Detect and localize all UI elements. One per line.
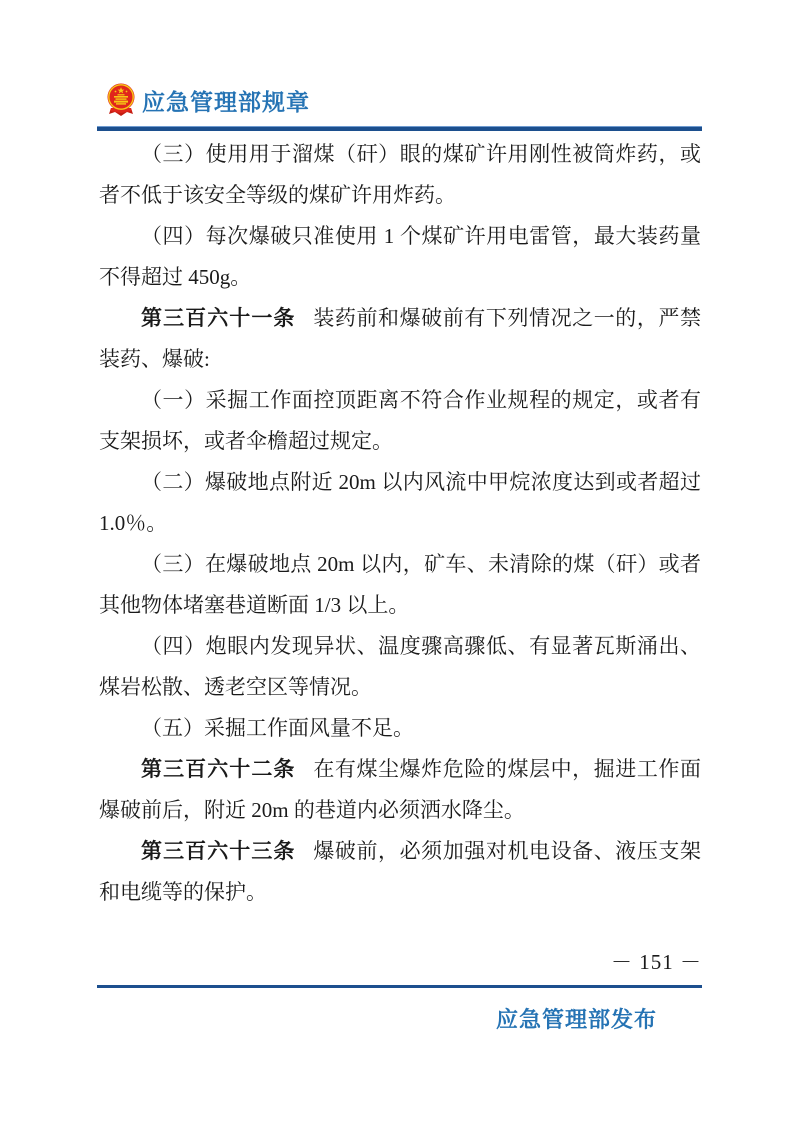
footer-publisher: 应急管理部发布 xyxy=(496,1003,657,1034)
article-number: 第三百六十二条 xyxy=(141,758,295,781)
page-number: － 151 － xyxy=(611,946,702,976)
body-paragraph: （一）采掘工作面控顶距离不符合作业规程的规定，或者有支架损坏，或者伞檐超过规定。 xyxy=(99,380,701,462)
footer-divider xyxy=(97,985,702,988)
article-paragraph: 第三百六十三条爆破前，必须加强对机电设备、液压支架和电缆等的保护。 xyxy=(99,831,701,913)
article-paragraph: 第三百六十二条在有煤尘爆炸危险的煤层中，掘进工作面爆破前后，附近 20m 的巷道… xyxy=(99,749,701,831)
article-number: 第三百六十一条 xyxy=(141,307,295,330)
article-paragraph: 第三百六十一条装药前和爆破前有下列情况之一的，严禁装药、爆破: xyxy=(99,298,701,380)
article-number: 第三百六十三条 xyxy=(141,840,295,863)
body-paragraph: （四）每次爆破只准使用 1 个煤矿许用电雷管，最大装药量不得超过 450g。 xyxy=(99,216,701,298)
document-page: 应急管理部规章 （三）使用用于溜煤（矸）眼的煤矿许用刚性被筒炸药，或者不低于该安… xyxy=(0,0,793,1122)
page-header: 应急管理部规章 xyxy=(105,82,310,118)
header-title: 应急管理部规章 xyxy=(142,84,310,117)
header-divider xyxy=(97,126,702,131)
body-paragraph: （三）使用用于溜煤（矸）眼的煤矿许用刚性被筒炸药，或者不低于该安全等级的煤矿许用… xyxy=(99,134,701,216)
body-paragraph: （五）采掘工作面风量不足。 xyxy=(99,708,701,749)
body-paragraph: （四）炮眼内发现异状、温度骤高骤低、有显著瓦斯涌出、煤岩松散、透老空区等情况。 xyxy=(99,626,701,708)
national-emblem-icon xyxy=(105,82,137,118)
body-paragraph: （二）爆破地点附近 20m 以内风流中甲烷浓度达到或者超过 1.0％。 xyxy=(99,462,701,544)
body-paragraph: （三）在爆破地点 20m 以内，矿车、未清除的煤（矸）或者其他物体堵塞巷道断面 … xyxy=(99,544,701,626)
document-body: （三）使用用于溜煤（矸）眼的煤矿许用刚性被筒炸药，或者不低于该安全等级的煤矿许用… xyxy=(99,134,701,913)
